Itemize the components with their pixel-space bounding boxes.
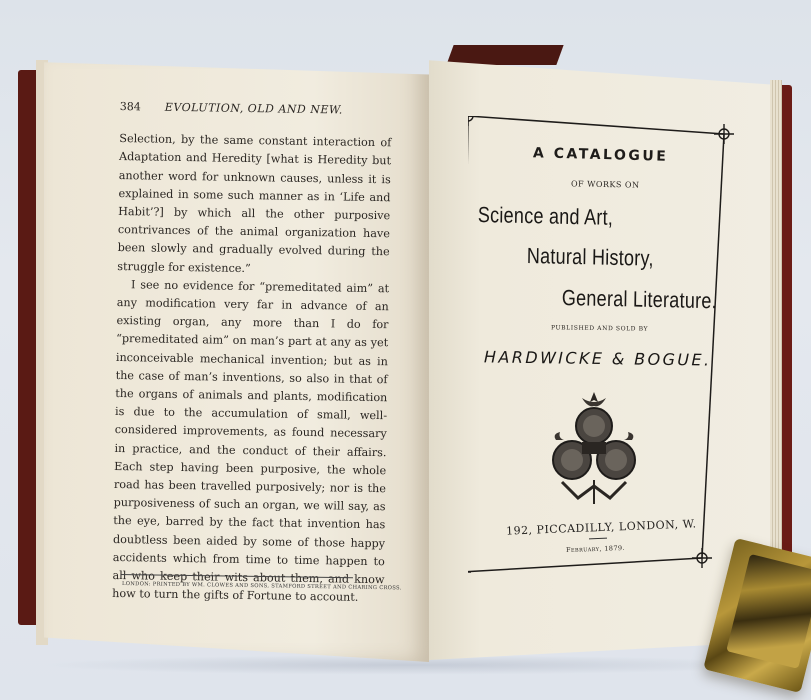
running-head-title: EVOLUTION, OLD AND NEW.: [165, 99, 343, 120]
running-head: 384 EVOLUTION, OLD AND NEW.: [120, 98, 392, 120]
catalogue-subheading: OF WORKS ON: [571, 179, 640, 189]
page-number: 384: [120, 98, 141, 117]
trefoil-crest-emblem-icon: [552, 390, 636, 508]
book-cover-top: [446, 45, 563, 65]
paragraph: I see no evidence for “premeditated aim”…: [112, 276, 389, 608]
bookweight-relief: [726, 554, 811, 669]
subject-science-art: Science and Art,: [478, 202, 614, 231]
paragraph: Selection, by the same constant interact…: [117, 130, 391, 280]
publisher-name: HARDWICKE & BOGUE.: [484, 347, 712, 369]
subject-natural-history: Natural History,: [527, 243, 654, 272]
subject-general-literature: General Literature.: [562, 285, 717, 314]
published-line: PUBLISHED AND SOLD BY: [551, 324, 648, 332]
left-page-text: 384 EVOLUTION, OLD AND NEW. Selection, b…: [112, 98, 392, 608]
